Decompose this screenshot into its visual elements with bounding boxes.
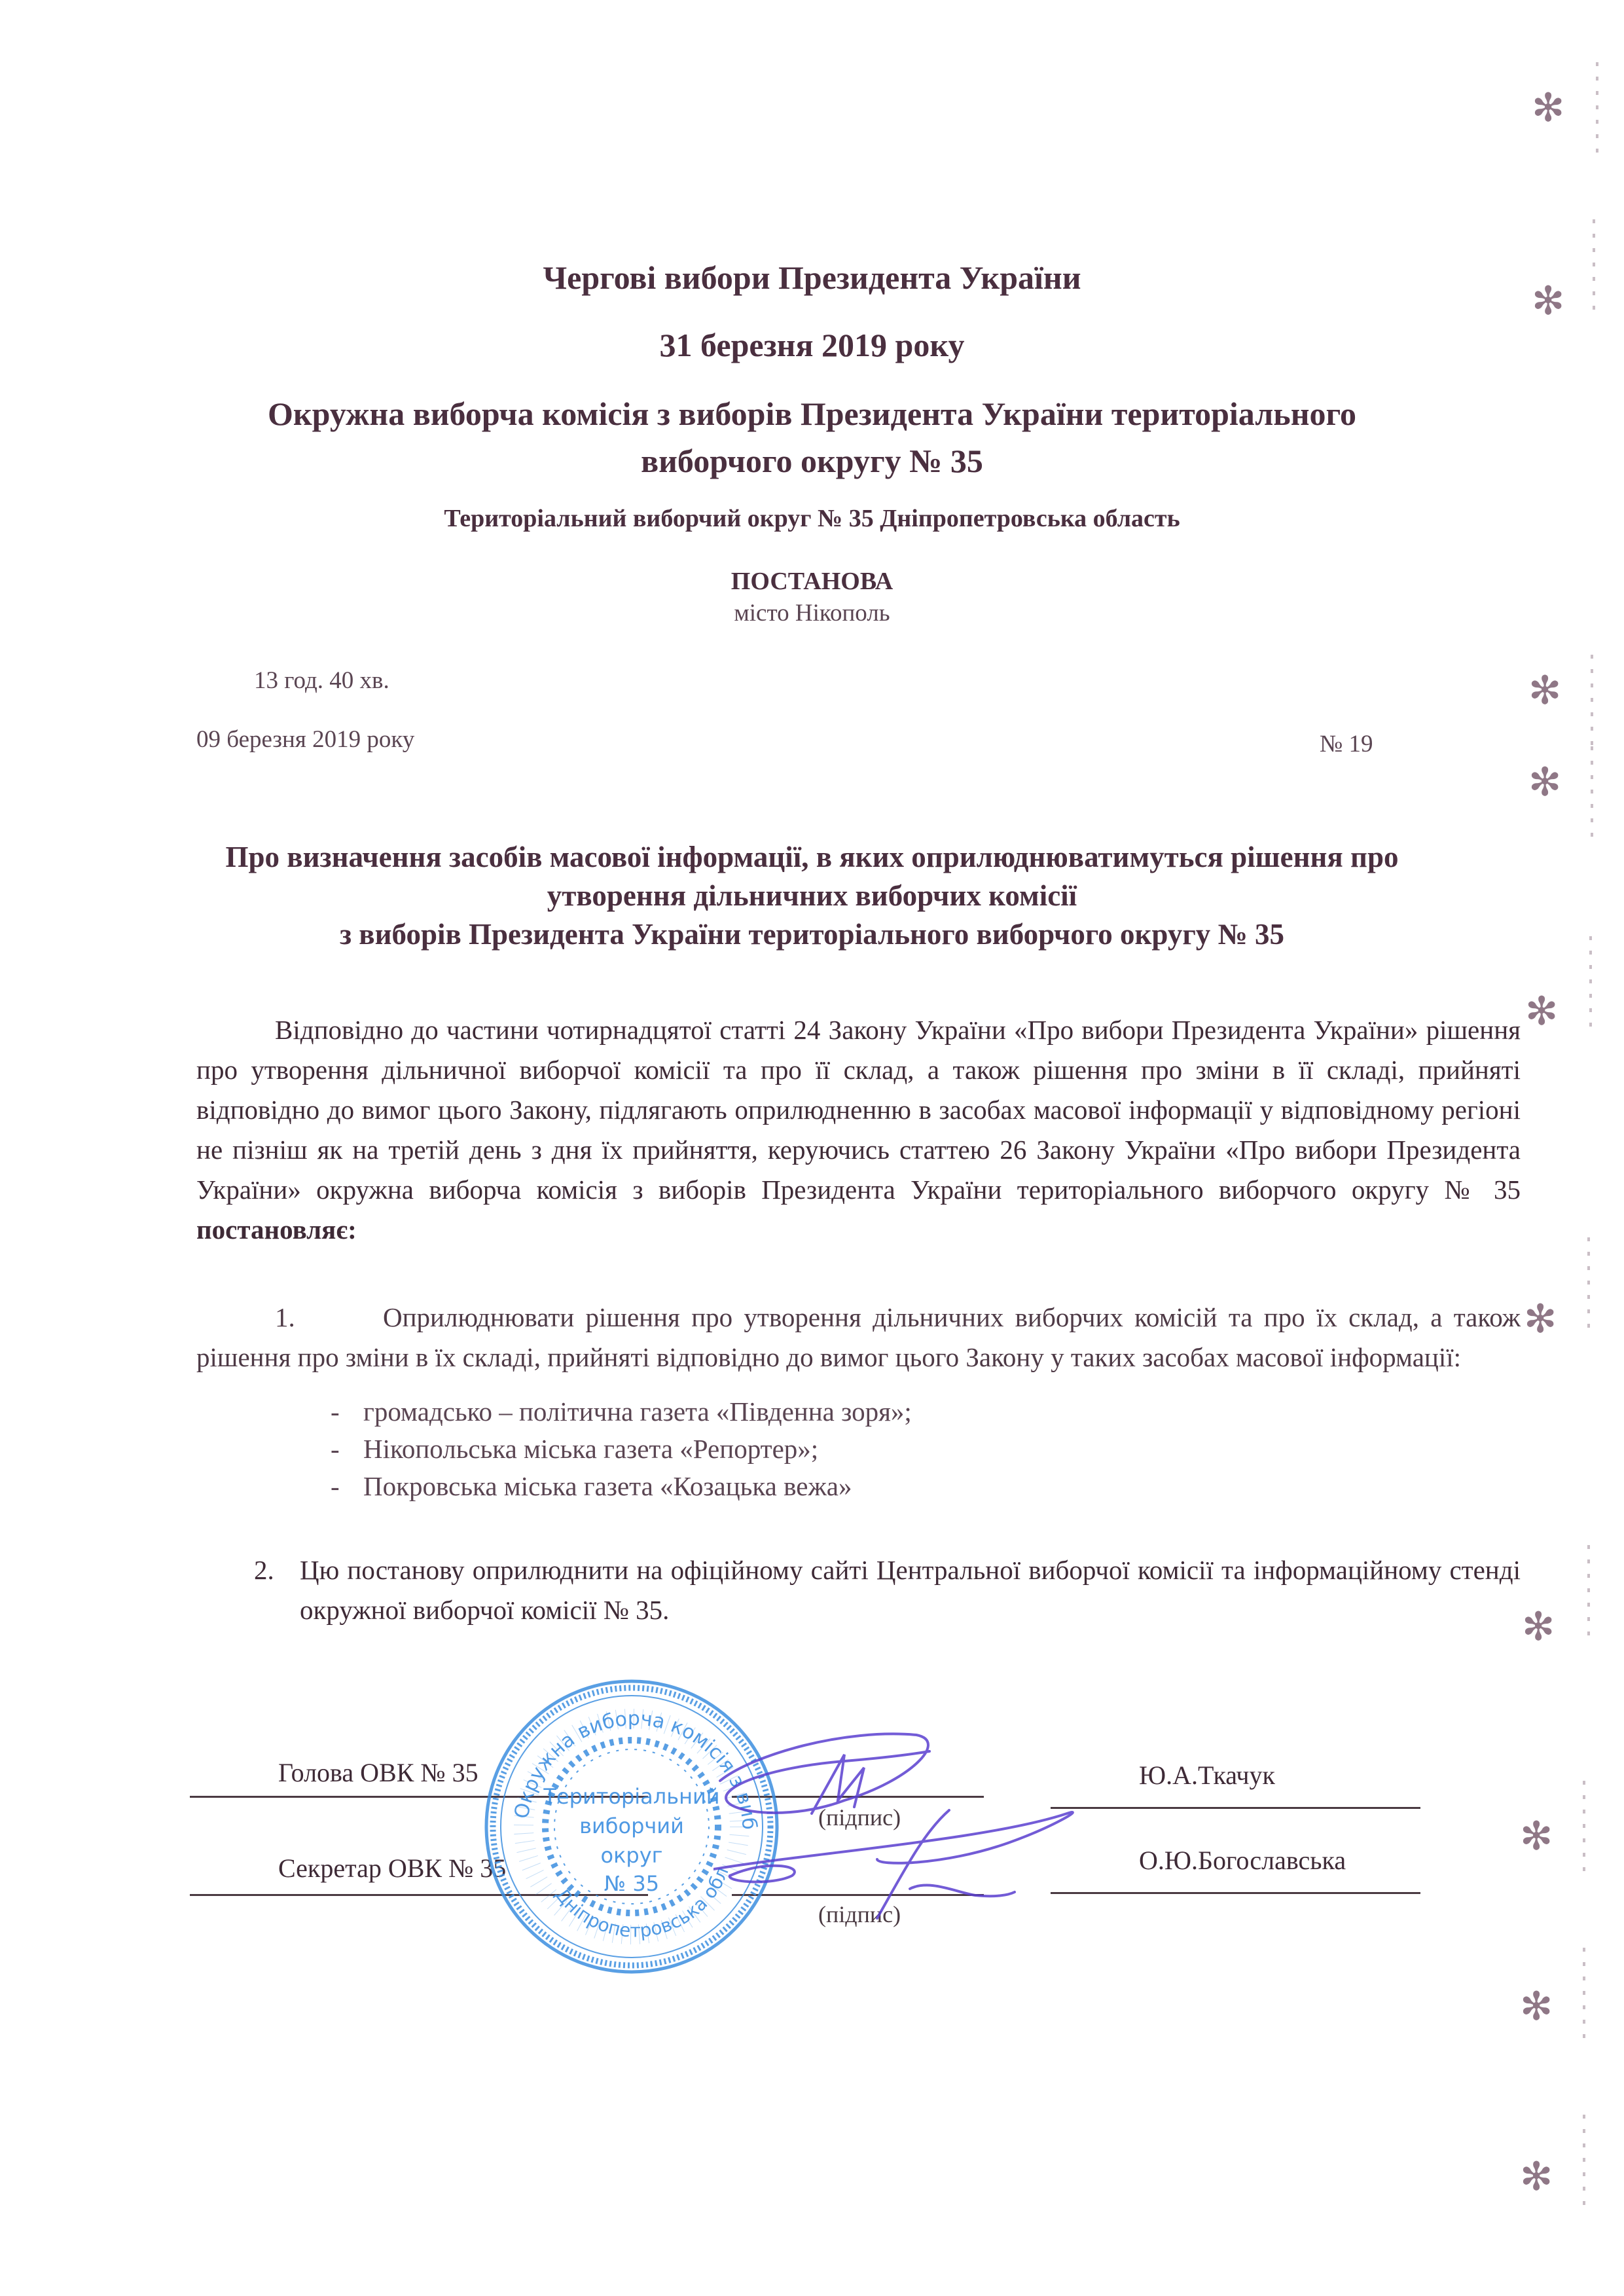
handwritten-signatures	[713, 1728, 1211, 1925]
item-1: 1.Оприлюднювати рішення про утворення ді…	[196, 1298, 1521, 1377]
perforation-mark-icon: ✻	[1520, 1817, 1553, 1856]
election-date: 31 березня 2019 року	[0, 326, 1624, 364]
perforation-mark-icon: ✻	[1528, 763, 1561, 802]
media-name: громадсько – політична газета «Південна …	[363, 1396, 912, 1427]
chair-role: Голова ОВК № 35	[278, 1757, 478, 1788]
stamp-center-line1: Територіальний	[543, 1784, 719, 1809]
resolves-keyword: постановляє:	[196, 1214, 357, 1245]
media-name: Покровська міська газета «Козацька вежа»	[363, 1470, 852, 1502]
perforation-mark-icon: ✻	[1525, 992, 1558, 1031]
perforation-mark-icon: ✻	[1528, 671, 1561, 710]
resolution-title-line3: з виборів Президента України територіаль…	[0, 915, 1624, 954]
perforation-dots	[1591, 746, 1593, 845]
preamble-paragraph: Відповідно до частини чотирнадцятої стат…	[196, 1010, 1521, 1250]
item-2-number: 2.	[254, 1550, 274, 1590]
document-number: № 19	[1320, 730, 1373, 758]
perforation-mark-icon: ✻	[1524, 1300, 1557, 1339]
signature-scribble-icon	[713, 1728, 1211, 1925]
perforation-mark-icon: ✻	[1522, 1607, 1555, 1647]
perforation-dots	[1583, 1781, 1585, 1879]
item-1-number: 1.	[275, 1298, 383, 1338]
stamp-center-line3: округ	[601, 1843, 663, 1868]
commission-name-line2: виборчого округу № 35	[0, 437, 1624, 484]
perforation-dots	[1587, 1545, 1590, 1643]
election-title: Чергові вибори Президента України	[0, 259, 1624, 297]
perforation-dots	[1583, 2115, 1585, 2213]
perforation-dots	[1587, 1237, 1590, 1336]
stamp-center-line2: виборчий	[579, 1813, 684, 1838]
perforation-dots	[1591, 655, 1593, 753]
perforation-mark-icon: ✻	[1520, 1987, 1553, 2026]
perforation-dots	[1596, 62, 1598, 160]
dash-bullet: -	[331, 1396, 340, 1427]
dash-bullet: -	[331, 1470, 340, 1502]
commission-name: Окружна виборча комісія з виборів Презид…	[0, 390, 1624, 484]
resolution-title-line1: Про визначення засобів масової інформаці…	[0, 838, 1624, 877]
media-name: Нікопольська міська газета «Репортер»;	[363, 1433, 818, 1465]
perforation-mark-icon: ✻	[1532, 88, 1564, 128]
district-name: Територіальний виборчий округ № 35 Дніпр…	[0, 504, 1624, 533]
document-time: 13 год. 40 хв.	[254, 666, 389, 695]
item-1-text: Оприлюднювати рішення про утворення діль…	[196, 1302, 1521, 1372]
item-2-text: Цю постанову оприлюднити на офіційному с…	[300, 1555, 1521, 1625]
resolution-title-line2: утворення дільничних виборчих комісії	[0, 877, 1624, 915]
document-city: місто Нікополь	[0, 599, 1624, 627]
secretary-role: Секретар ОВК № 35	[278, 1853, 506, 1884]
resolution-title: Про визначення засобів масової інформаці…	[0, 838, 1624, 954]
perforation-mark-icon: ✻	[1520, 2157, 1553, 2196]
perforation-dots	[1583, 1948, 1585, 2046]
item-2: 2.Цю постанову оприлюднити на офіційному…	[254, 1550, 1521, 1630]
dash-bullet: -	[331, 1433, 340, 1465]
document-date: 09 березня 2019 року	[196, 725, 414, 754]
commission-name-line1: Окружна виборча комісія з виборів Презид…	[0, 390, 1624, 437]
preamble-text: Відповідно до частини чотирнадцятої стат…	[196, 1015, 1521, 1205]
document-type: ПОСТАНОВА	[0, 567, 1624, 596]
stamp-center-line4: № 35	[604, 1871, 659, 1896]
